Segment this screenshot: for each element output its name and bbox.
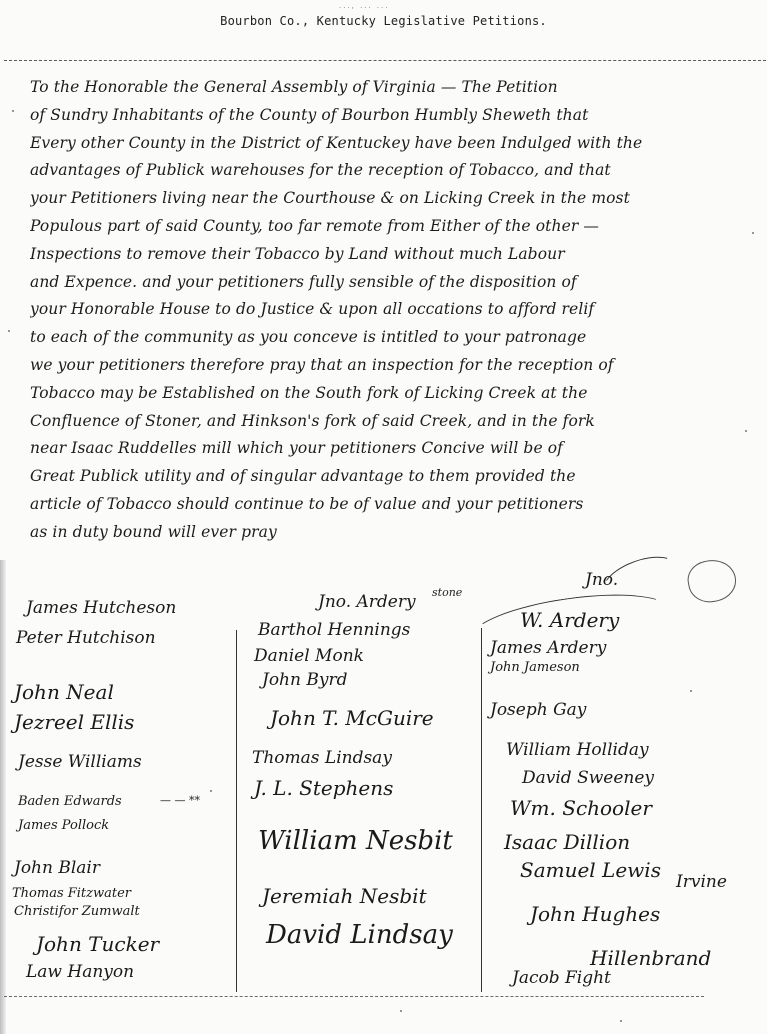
petition-line: Confluence of Stoner, and Hinkson's fork… (30, 408, 752, 436)
scan-speck (210, 790, 212, 792)
signature: Hillenbrand (590, 946, 711, 970)
signature: John Byrd (262, 670, 347, 690)
petition-line: near Isaac Ruddelles mill which your pet… (30, 435, 752, 463)
signature: William Holliday (506, 740, 649, 760)
signature-annotation: — — ** (160, 794, 200, 807)
signature: Irvine (676, 872, 727, 892)
signature: James Ardery (490, 638, 606, 658)
signature: W. Ardery (520, 608, 619, 632)
petition-line: article of Tobacco should continue to be… (30, 491, 752, 519)
petition-line: as in duty bound will ever pray (30, 519, 752, 547)
petition-line: of Sundry Inhabitants of the County of B… (30, 102, 752, 130)
signature: Barthol Hennings (258, 620, 410, 640)
scan-edge-shadow (0, 560, 6, 1034)
seal-flourish-icon (684, 555, 740, 606)
scan-speck (12, 110, 14, 112)
petition-line: Populous part of said County, too far re… (30, 213, 752, 241)
signature: Samuel Lewis (520, 858, 661, 882)
signature: David Lindsay (266, 920, 453, 950)
signature: John Hughes (530, 902, 660, 926)
petition-line: Tobacco may be Established on the South … (30, 380, 752, 408)
petition-line: we your petitioners therefore pray that … (30, 352, 752, 380)
petition-body: To the Honorable the General Assembly of… (30, 74, 752, 547)
header-smudge-text: ..., ... ... (338, 2, 389, 10)
signature: Christifor Zumwalt (14, 904, 140, 919)
signature: David Sweeney (522, 768, 654, 788)
signature: Jacob Fight (512, 968, 611, 988)
signature: Thomas Fitzwater (12, 886, 131, 901)
signature: John Blair (14, 858, 100, 878)
scan-speck (8, 330, 10, 332)
petition-line: Every other County in the District of Ke… (30, 130, 752, 158)
signature: Jezreel Ellis (14, 710, 134, 734)
petition-line: your Petitioners living near the Courtho… (30, 185, 752, 213)
petition-line: advantages of Publick warehouses for the… (30, 157, 752, 185)
signature: James Pollock (18, 818, 109, 833)
document-title: Bourbon Co., Kentucky Legislative Petiti… (0, 14, 767, 28)
petition-line: To the Honorable the General Assembly of… (30, 74, 752, 102)
bottom-divider (4, 996, 704, 997)
signature: Thomas Lindsay (252, 748, 392, 768)
scan-speck (745, 430, 747, 432)
signature: James Hutcheson (26, 598, 176, 618)
signature: J. L. Stephens (254, 776, 393, 800)
signature: John T. McGuire (270, 706, 434, 730)
signature: Jno. (585, 570, 618, 590)
signature: Jeremiah Nesbit (262, 884, 427, 908)
signature-annotation: stone (432, 586, 462, 599)
scanned-petition-page: ..., ... ... Bourbon Co., Kentucky Legis… (0, 0, 767, 1034)
signature: Baden Edwards (18, 794, 122, 809)
petition-line: your Honorable House to do Justice & upo… (30, 296, 752, 324)
scan-speck (690, 690, 692, 692)
signature: Peter Hutchison (16, 628, 156, 648)
signature: John Tucker (36, 932, 159, 956)
petition-line: Great Publick utility and of singular ad… (30, 463, 752, 491)
signature: Joseph Gay (490, 700, 586, 720)
petition-line: and Expence. and your petitioners fully … (30, 269, 752, 297)
signature-column-divider (481, 628, 482, 992)
scan-speck (400, 1010, 402, 1012)
signature: John Neal (14, 680, 114, 704)
signature: Wm. Schooler (510, 796, 652, 820)
signature: Jno. Ardery (318, 592, 416, 612)
petition-line: to each of the community as you conceve … (30, 324, 752, 352)
signature: Isaac Dillion (504, 830, 630, 854)
signature: John Jameson (490, 660, 580, 675)
top-divider (4, 60, 766, 61)
signature-column-divider (236, 630, 237, 992)
signature: Law Hanyon (26, 962, 134, 982)
signature: Daniel Monk (254, 646, 364, 666)
scan-speck (752, 232, 754, 234)
petition-line: Inspections to remove their Tobacco by L… (30, 241, 752, 269)
signature: Jesse Williams (18, 752, 142, 772)
scan-speck (620, 1020, 622, 1022)
signature: William Nesbit (258, 826, 453, 856)
